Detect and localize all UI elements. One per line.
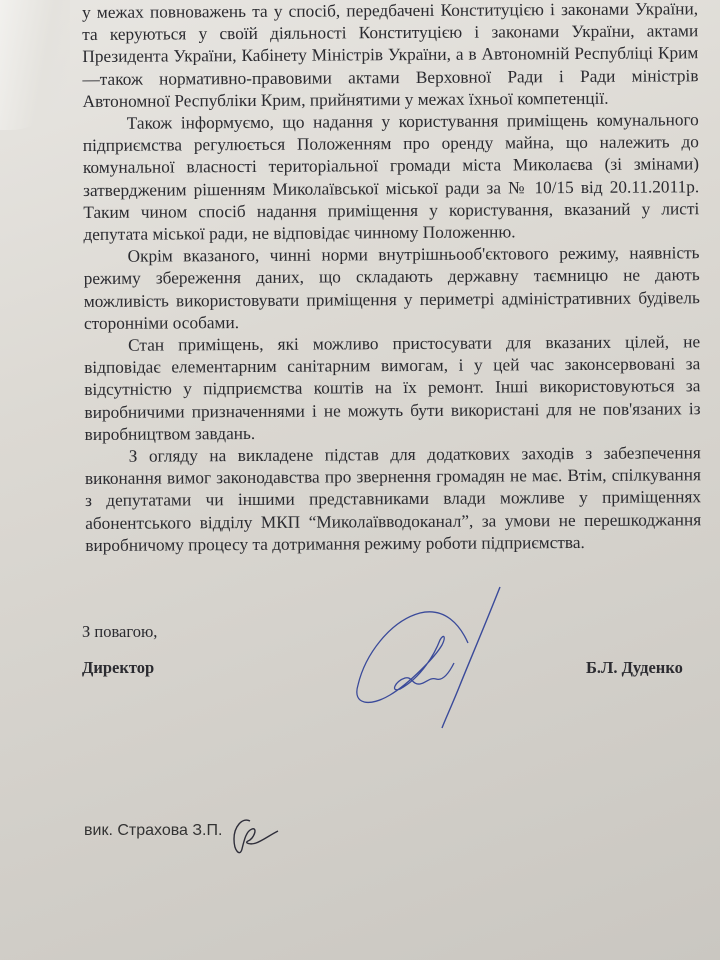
- closing-text: З повагою,: [82, 622, 157, 642]
- executor-signature-icon: [228, 815, 280, 859]
- signatory-role: Директор: [82, 658, 154, 678]
- executor-line: вик. Страхова З.П.: [84, 822, 222, 840]
- paragraph-5: З огляду на викладене підстав для додатк…: [85, 442, 702, 557]
- letter-body: у межах повноважень та у спосіб, передба…: [82, 0, 701, 557]
- paper-curl: [0, 0, 70, 130]
- signatory-name: Б.Л. Дуденко: [586, 658, 683, 678]
- paragraph-4: Стан приміщень, які можливо пристосувати…: [84, 331, 701, 446]
- director-signature-icon: [350, 585, 510, 730]
- paragraph-3: Окрім вказаного, чинні норми внутрішньоо…: [83, 242, 700, 335]
- paragraph-1: у межах повноважень та у спосіб, передба…: [82, 0, 699, 113]
- paragraph-2: Також інформуємо, що надання у користува…: [83, 109, 700, 246]
